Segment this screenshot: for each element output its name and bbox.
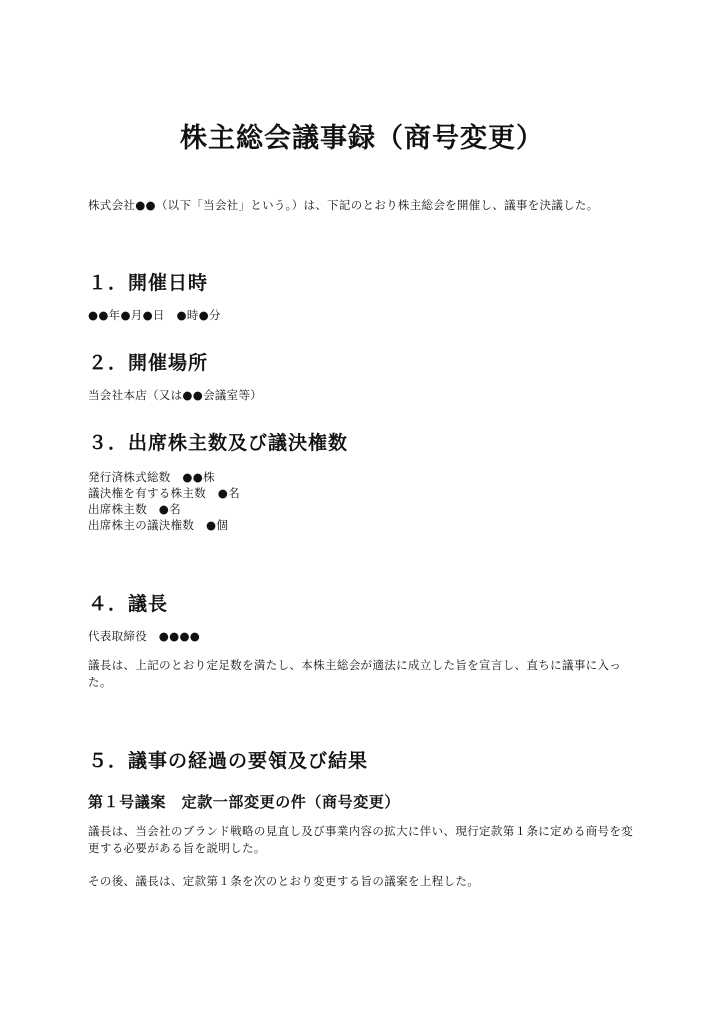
- attending-votes-line: 出席株主の議決権数 ●個: [88, 517, 228, 533]
- meeting-location: 当会社本店（又は●●会議室等）: [88, 387, 262, 403]
- meeting-datetime: ●●年●月●日 ●時●分: [88, 307, 221, 323]
- agenda-proposal-paragraph: その後、議長は、定款第１条を次のとおり変更する旨の議案を上程した。: [88, 873, 638, 890]
- section-4-heading: ４．議長: [88, 589, 168, 616]
- document-page: 株主総会議事録（商号変更） 株式会社●●（以下「当会社」という。）は、下記のとお…: [0, 0, 724, 1024]
- quorum-paragraph: 議長は、上記のとおり定足数を満たし、本株主総会が適法に成立した旨を宣言し、直ちに…: [88, 657, 638, 691]
- voting-shareholders-line: 議決権を有する株主数 ●名: [88, 485, 240, 501]
- issued-shares-line: 発行済株式総数 ●●株: [88, 469, 215, 485]
- section-5-heading: ５．議事の経過の要領及び結果: [88, 746, 368, 773]
- section-2-heading: ２．開催場所: [88, 348, 208, 375]
- intro-paragraph: 株式会社●●（以下「当会社」という。）は、下記のとおり株主総会を開催し、議事を決…: [88, 197, 599, 213]
- agenda-explanation-paragraph: 議長は、当会社のブランド戦略の見直し及び事業内容の拡大に伴い、現行定款第１条に定…: [88, 823, 638, 857]
- section-3-heading: ３．出席株主数及び議決権数: [88, 428, 348, 455]
- document-title: 株主総会議事録（商号変更）: [0, 116, 724, 155]
- attending-shareholders-line: 出席株主数 ●名: [88, 501, 181, 517]
- agenda-1-heading: 第１号議案 定款一部変更の件（商号変更）: [88, 791, 400, 812]
- chairperson-line: 代表取締役 ●●●●: [88, 628, 200, 644]
- section-1-heading: １．開催日時: [88, 268, 208, 295]
